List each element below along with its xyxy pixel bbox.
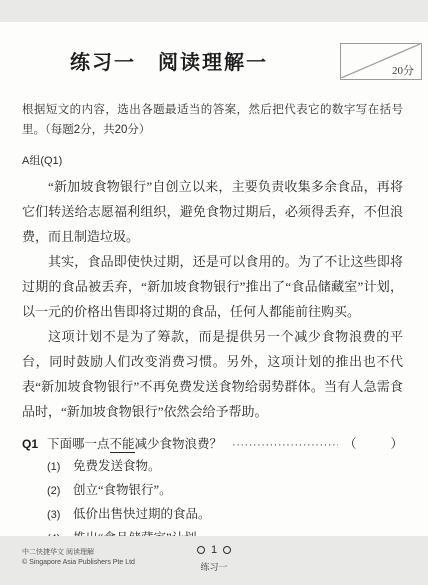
question-text: 下面哪一点不能减少食物浪费？	[47, 434, 222, 452]
circle-ornament-icon	[223, 546, 231, 554]
dotted-leader: ·······································	[232, 439, 338, 451]
page-title: 练习一 阅读理解一	[0, 46, 338, 75]
page-header: 练习一 阅读理解一 20分	[0, 22, 428, 84]
passage-paragraph: “新加坡食物银行”自创立以来，主要负责收集多余食品，再将它们转送给志愿福利组织，…	[22, 174, 403, 249]
question-number: Q1	[22, 437, 47, 451]
section-label: A组(Q1)	[22, 152, 403, 168]
page-footer: 中二快捷华文 阅读理解 © Singapore Asia Publishers …	[0, 536, 428, 585]
page-number: 1	[211, 544, 217, 556]
option-row: (2) 创立“食物银行”。	[47, 479, 403, 503]
page-content: 根据短文的内容，选出各题最适当的答案，然后把代表它的数字写在括号里。（每题2分，…	[0, 100, 428, 551]
scanned-workbook-page: { "header": { "title": "练习一 阅读理解一", "sco…	[0, 0, 428, 585]
question-row: Q1 下面哪一点不能减少食物浪费？ ······················…	[22, 434, 403, 452]
question-text-before: 下面哪一点	[47, 437, 110, 451]
passage-paragraph: 这项计划不是为了筹款，而是提供另一个减少食物浪费的平台，同时鼓励人们改变消费习惯…	[22, 324, 403, 424]
question-text-underlined: 不能	[110, 437, 135, 453]
option-number: (1)	[47, 456, 73, 479]
instructions-text: 根据短文的内容，选出各题最适当的答案，然后把代表它的数字写在括号里。（每题2分，…	[22, 100, 403, 140]
reading-passage: “新加坡食物银行”自创立以来，主要负责收集多余食品，再将它们转送给志愿福利组织，…	[22, 174, 403, 424]
page-number-row: 1	[197, 544, 231, 556]
option-number: (3)	[47, 504, 73, 527]
option-number: (2)	[47, 480, 73, 503]
paper-page: 练习一 阅读理解一 20分 根据短文的内容，选出各题最适当的答案，然后把代表它的…	[0, 22, 428, 536]
footer-page-number-block: 1 练习一	[0, 541, 428, 573]
question-block: Q1 下面哪一点不能减少食物浪费？ ······················…	[22, 434, 403, 551]
score-box: 20分	[340, 43, 422, 80]
option-row: (3) 低价出售快过期的食品。	[47, 503, 403, 527]
bracket-open: （	[344, 437, 357, 451]
option-row: (1) 免费发送食物。	[47, 455, 403, 479]
passage-paragraph: 其实，食品即使快过期，还是可以食用的。为了不让这些即将过期的食品被丢弃，“新加坡…	[22, 249, 403, 324]
option-text: 创立“食物银行”。	[73, 479, 172, 502]
circle-ornament-icon	[197, 546, 205, 554]
option-text: 免费发送食物。	[73, 455, 161, 478]
question-text-after: 减少食物浪费？	[135, 437, 223, 451]
answer-brackets: （）	[344, 434, 403, 452]
score-label: 20分	[392, 62, 414, 78]
bracket-close: ）	[390, 437, 403, 451]
footer-exercise-label: 练习一	[0, 560, 428, 573]
option-text: 低价出售快过期的食品。	[73, 503, 211, 526]
